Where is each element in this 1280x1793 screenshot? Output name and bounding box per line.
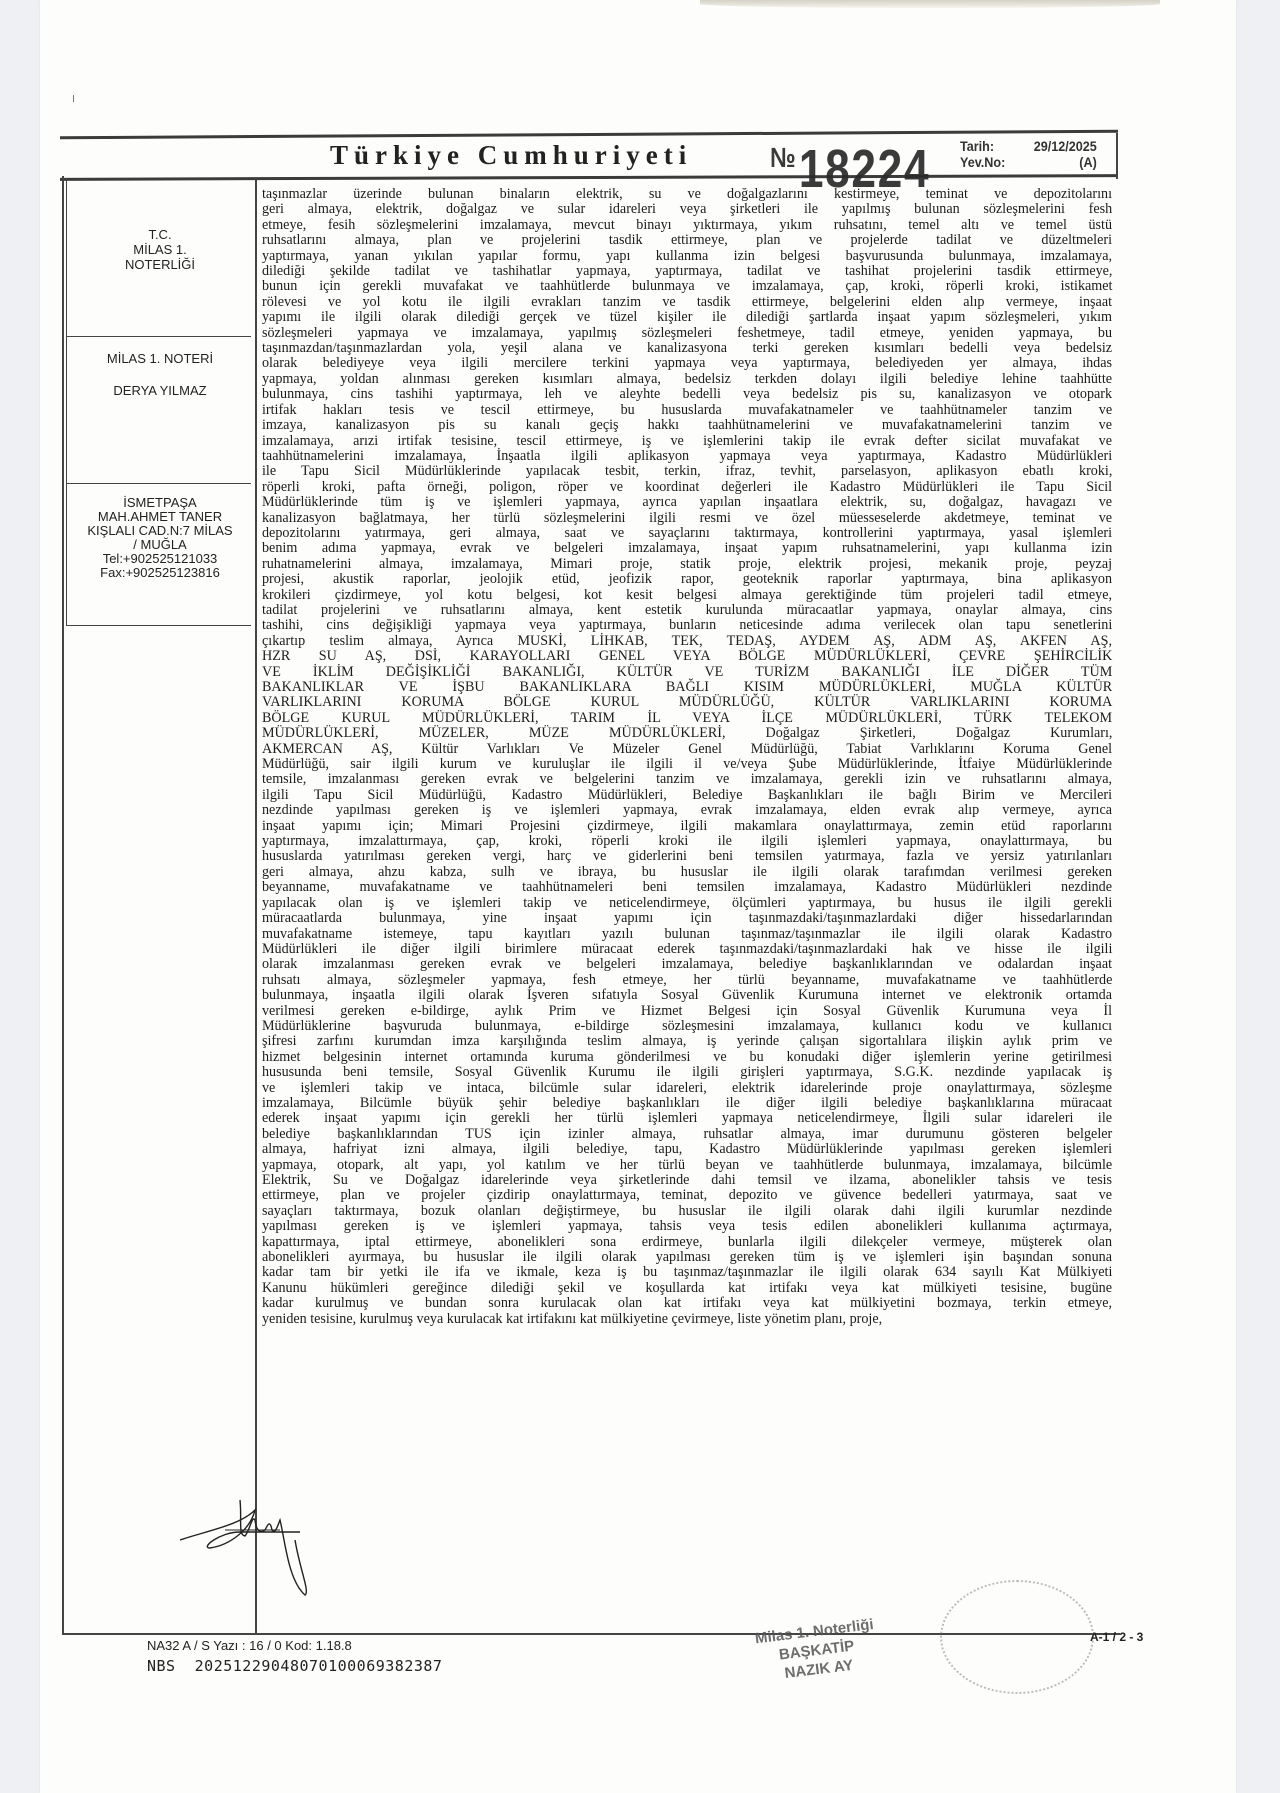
text-line: ruhsatlarını almaya, plan ve projelerini… — [262, 232, 1112, 247]
text-line: tashihi, cins değişikliği yapmaya veya y… — [262, 617, 1112, 632]
text-line: kanalizasyon bağlatmaya, her türlü sözle… — [262, 510, 1112, 525]
nbs-label: NBS — [147, 1657, 176, 1675]
text-line: ilgili Tapu Sicil Müdürlüğü, Kadastro Mü… — [262, 787, 1112, 802]
text-line: rölevesi ve yol kotu ile ilgili evraklar… — [262, 294, 1112, 309]
text-line: Elektrik, Su ve Doğalgaz idarelerinde ve… — [262, 1172, 1112, 1187]
text-line: hizmet belgesinin internet ortamında kur… — [262, 1049, 1112, 1064]
text-line: MÜDÜRLÜKLERİ, MÜZELER, MÜZE MÜDÜRLÜKLERİ… — [262, 725, 1112, 740]
power-of-attorney-text: taşınmazlar üzerinde bulunan binaların e… — [262, 186, 1112, 1326]
form-code: NA32 A / S Yazı : 16 / 0 Kod: 1.18.8 — [147, 1638, 352, 1653]
text-line: ve işlemleri takip ve intaca, bilcümle s… — [262, 1080, 1112, 1095]
date-value: 29/12/2025 — [1034, 138, 1097, 154]
text-line: yapımı ile ilgili olarak dilediği gerçek… — [262, 309, 1112, 324]
text-line: beyanname, muvafakatname ve taahhütnamel… — [262, 879, 1112, 894]
serial-prefix: № — [770, 142, 797, 173]
text-line: kadar kurulmuş ve bundan sonra kurulacak… — [262, 1295, 1112, 1310]
text-line: verilmesi gereken e-bildirge, aylık Prim… — [262, 1003, 1112, 1018]
address-line: MAH.AHMET TANER — [66, 510, 254, 524]
text-line: Müdürlüklerine başvuruda bulunmaya, e-bi… — [262, 1018, 1112, 1033]
text-line: olarak imzalanması gereken evrak ve belg… — [262, 956, 1112, 971]
text-line: tadilat projelerini ve ruhsatlarını alma… — [262, 602, 1112, 617]
text-line: BAKANLIKLAR VE İŞBU BAKANLIKLARA BAĞLI K… — [262, 679, 1112, 694]
text-line: olarak belediyeye veya ilgili mercilere … — [262, 355, 1112, 370]
notary-info: MİLAS 1. NOTERİ DERYA YILMAZ — [66, 351, 254, 398]
notary-address: İSMETPAŞA MAH.AHMET TANER KIŞLALI CAD.N:… — [66, 496, 254, 580]
nbs-value: 20251229048070100069382387 — [195, 1657, 443, 1675]
page-number: A-1 / 2 - 3 — [1090, 1630, 1143, 1644]
text-line: taahhütnamelerini imzalamaya, İnşaatla i… — [262, 448, 1112, 463]
notary-seal-stamp — [940, 1580, 1094, 1694]
text-line: hususunda beni temsile, Sosyal Güvenlik … — [262, 1064, 1112, 1079]
date-block: Tarih:29/12/2025 Yev.No:(A) — [960, 138, 1097, 170]
text-line: Müdürlüklerinde tüm iş ve işlemleri yapm… — [262, 494, 1112, 509]
text-line: ruhsatı almaya, sözleşmeler yapmaya, fes… — [262, 972, 1112, 987]
text-line: taşınmazdan/taşınmazlardan yola, yeşil a… — [262, 340, 1112, 355]
yev-value: (A) — [1079, 154, 1096, 170]
notary-name: DERYA YILMAZ — [66, 383, 254, 398]
frame-left-rule — [62, 176, 64, 1634]
text-line: VE İKLİM DEĞİŞİKLİĞİ BAKANLIĞI, KÜLTÜR V… — [262, 664, 1112, 679]
text-line: yapmaya, otopark, alt yapı, yol katılım … — [262, 1157, 1112, 1172]
text-line: ettirmeye, plan ve projeler çizdirip ona… — [262, 1187, 1112, 1202]
notary-office-name: T.C. MİLAS 1. NOTERLİĞİ — [66, 227, 254, 272]
text-line: yaptırmaya, yanan yıkılan yapılar formu,… — [262, 248, 1112, 263]
text-line: belediye başkanlıklarından TUS için izin… — [262, 1126, 1112, 1141]
text-line: imzalamaya, arızi irtifak tesisine, tesc… — [262, 433, 1112, 448]
text-line: temsile, imzalanması gereken evrak ve be… — [262, 771, 1112, 786]
text-line: irtifak hakları tesis ve tescil ettirmey… — [262, 402, 1112, 417]
text-line: muvafakatname istemeye, tapu kayıtları y… — [262, 926, 1112, 941]
text-line: abonelikleri ayırmaya, bu hususlar ile i… — [262, 1249, 1112, 1264]
text-line: çıkartıp teslim almaya, Ayrıca MUSKİ, Lİ… — [262, 633, 1112, 648]
text-line: BÖLGE KURUL MÜDÜRLÜKLERİ, TARIM İL VEYA … — [262, 710, 1112, 725]
text-line: yeniden tesisine, kurulmuş veya kurulaca… — [262, 1311, 1112, 1326]
text-line: taşınmazlar üzerinde bulunan binaların e… — [262, 186, 1112, 201]
office-line: T.C. — [66, 227, 254, 242]
paper-fold-shadow — [700, 0, 1160, 8]
text-line: HZR SU AŞ, DSİ, KARAYOLLARI GENEL VEYA B… — [262, 648, 1112, 663]
text-line: yapılması gereken iş ve işlemleri yapmay… — [262, 1218, 1112, 1233]
yev-label: Yev.No: — [960, 154, 1005, 170]
text-line: dilediği şekilde tadilat ve tashihatlar … — [262, 263, 1112, 278]
text-line: bulunmaya, inşaatla ilgili olarak İşvere… — [262, 987, 1112, 1002]
fax-number: Fax:+902525123816 — [66, 566, 254, 580]
text-line: geri almaya, elektrik, doğalgaz ve sular… — [262, 201, 1112, 216]
text-line: bunun için gerekli muvafakat ve taahhütl… — [262, 278, 1112, 293]
text-line: benim adıma yapmaya, evrak ve belgeleri … — [262, 540, 1112, 555]
text-line: krokileri çizdirmeye, yol kotu belgesi, … — [262, 587, 1112, 602]
phone-number: Tel:+902525121033 — [66, 552, 254, 566]
office-line: NOTERLİĞİ — [66, 257, 254, 272]
text-line: geri almaya, ahzu kabza, sulh ve ibraya,… — [262, 864, 1112, 879]
text-line: projesi, akustik raporlar, jeolojik etüd… — [262, 571, 1112, 586]
text-line: yaptırmaya, imzalattırmaya, çap, kroki, … — [262, 833, 1112, 848]
text-line: müracaatlarda bulunmaya, yine inşaat yap… — [262, 910, 1112, 925]
nbs-number: NBS 20251229048070100069382387 — [147, 1657, 442, 1675]
text-line: hususlarda yatırılması gereken vergi, ha… — [262, 848, 1112, 863]
text-line: sözleşmeleri yapmaya ve imzalamaya, yapı… — [262, 325, 1112, 340]
text-line: AKMERCAN AŞ, Kültür Varlıkları Ve Müzele… — [262, 741, 1112, 756]
text-line: imzalamaya, Bilcümle büyük şehir belediy… — [262, 1095, 1112, 1110]
scan-mark — [73, 95, 74, 102]
text-line: Müdürlüğü, sair ilgili kurum ve kuruluşl… — [262, 756, 1112, 771]
text-line: Kanunu hükümleri gereğince dilediği şeki… — [262, 1280, 1112, 1295]
text-line: şifresi zarfını kurumdan imza karşılığın… — [262, 1033, 1112, 1048]
text-line: ederek inşaat yapımı için gerekli her tü… — [262, 1110, 1112, 1125]
text-line: nezdinde yapılması gereken iş ve işlemle… — [262, 802, 1112, 817]
text-line: sayaçları taktırmaya, bozuk olanları değ… — [262, 1203, 1112, 1218]
text-line: etmeye, fesih sözleşmelerini imzalamaya,… — [262, 217, 1112, 232]
text-line: Müdürlükleri ile diğer ilgili birimlere … — [262, 941, 1112, 956]
address-line: / MUĞLA — [66, 538, 254, 552]
text-line: kadar tam bir yetki ile ifa ve ikmale, k… — [262, 1264, 1112, 1279]
text-line: depozitolarını yatırmaya, geri almaya, s… — [262, 525, 1112, 540]
notary-title: MİLAS 1. NOTERİ — [66, 351, 254, 366]
column-divider — [255, 178, 257, 1634]
address-line: İSMETPAŞA — [66, 496, 254, 510]
text-line: inşaat yapımı için; Mimari Projesini çiz… — [262, 818, 1112, 833]
date-label: Tarih: — [960, 138, 994, 154]
office-line: MİLAS 1. — [66, 242, 254, 257]
document-title: Türkiye Cumhuriyeti — [330, 140, 692, 171]
text-line: ile Tapu Sicil Müdürlüklerinde yapılacak… — [262, 463, 1112, 478]
text-line: almaya, hafriyat izni almaya, ilgili bel… — [262, 1141, 1112, 1156]
address-line: KIŞLALI CAD.N:7 MİLAS — [66, 524, 254, 538]
text-line: imzaya, kanalizasyon pis su kanalı geçiş… — [262, 417, 1112, 432]
text-line: ruhatnamelerini almaya, imzalamaya, Mima… — [262, 556, 1112, 571]
text-line: yapmaya, yoldan alınması gereken kısımla… — [262, 371, 1112, 386]
text-line: VARLIKLARINI KORUMA BÖLGE KURUL MÜDÜRLÜĞ… — [262, 694, 1112, 709]
frame-right-rule — [1116, 133, 1118, 179]
text-line: röperli kroki, pafta örneği, poligon, rö… — [262, 479, 1112, 494]
text-line: kapattırmaya, iptal ettirmeye, abonelikl… — [262, 1234, 1112, 1249]
text-line: yapılacak olan iş ve işlemleri takip ve … — [262, 895, 1112, 910]
text-line: bulunmaya, cins tashihi yaptırmaya, leh … — [262, 386, 1112, 401]
signature-icon — [180, 1480, 320, 1620]
